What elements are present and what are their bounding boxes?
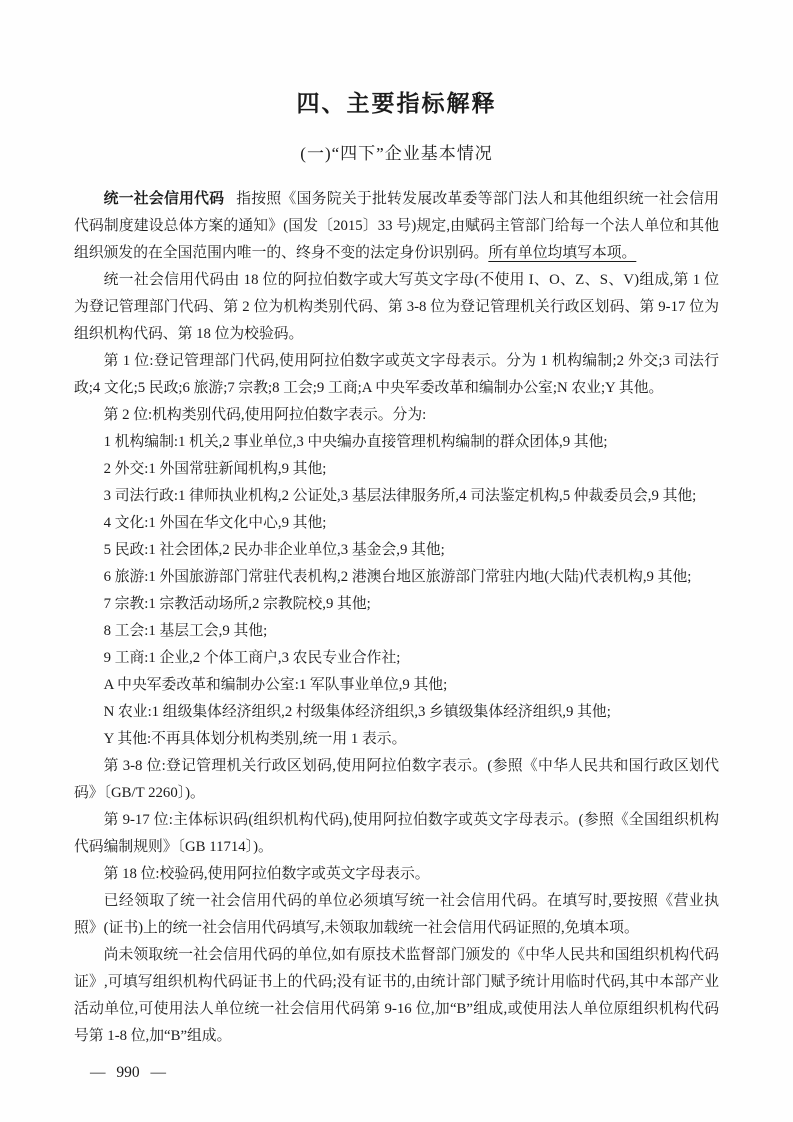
body-paragraph: 尚未领取统一社会信用代码的单位,如有原技术监督部门颁发的《中华人民共和国组织机构… bbox=[74, 942, 719, 1050]
body-paragraph: 8 工会:1 基层工会,9 其他; bbox=[74, 618, 719, 645]
body-paragraph: 3 司法行政:1 律师执业机构,2 公证处,3 基层法律服务所,4 司法鉴定机构… bbox=[74, 483, 719, 510]
body-paragraph: 7 宗教:1 宗教活动场所,2 宗教院校,9 其他; bbox=[74, 591, 719, 618]
body-paragraph: 2 外交:1 外国常驻新闻机构,9 其他; bbox=[74, 456, 719, 483]
body-paragraph: 6 旅游:1 外国旅游部门常驻代表机构,2 港澳台地区旅游部门常驻内地(大陆)代… bbox=[74, 564, 719, 591]
body-paragraph: 第 3-8 位:登记管理机关行政区划码,使用阿拉伯数字表示。(参照《中华人民共和… bbox=[74, 753, 719, 807]
body-paragraph: 第 18 位:校验码,使用阿拉伯数字或英文字母表示。 bbox=[74, 861, 719, 888]
document-body: 统一社会信用代码指按照《国务院关于批转发展改革委等部门法人和其他组织统一社会信用… bbox=[74, 186, 719, 1050]
lead-paragraph: 统一社会信用代码指按照《国务院关于批转发展改革委等部门法人和其他组织统一社会信用… bbox=[74, 186, 719, 267]
body-paragraph: 4 文化:1 外国在华文化中心,9 其他; bbox=[74, 510, 719, 537]
body-paragraph: A 中央军委改革和编制办公室:1 军队事业单位,9 其他; bbox=[74, 672, 719, 699]
body-paragraph: 已经领取了统一社会信用代码的单位必须填写统一社会信用代码。在填写时,要按照《营业… bbox=[74, 888, 719, 942]
body-paragraph: 1 机构编制:1 机关,2 事业单位,3 中央编办直接管理机构编制的群众团体,9… bbox=[74, 429, 719, 456]
section-heading: (一)“四下”企业基本情况 bbox=[0, 143, 793, 165]
document-page: 四、主要指标解释 (一)“四下”企业基本情况 统一社会信用代码指按照《国务院关于… bbox=[0, 0, 793, 1122]
body-paragraph: 9 工商:1 企业,2 个体工商户,3 农民专业合作社; bbox=[74, 645, 719, 672]
body-paragraph: 统一社会信用代码由 18 位的阿拉伯数字或大写英文字母(不使用 I、O、Z、S、… bbox=[74, 267, 719, 348]
body-paragraph: 第 1 位:登记管理部门代码,使用阿拉伯数字或英文字母表示。分为 1 机构编制;… bbox=[74, 348, 719, 402]
body-paragraph: 5 民政:1 社会团体,2 民办非企业单位,3 基金会,9 其他; bbox=[74, 537, 719, 564]
page-number: — 990 — bbox=[90, 1063, 793, 1083]
body-paragraph: 第 2 位:机构类别代码,使用阿拉伯数字表示。分为: bbox=[74, 402, 719, 429]
body-paragraph: N 农业:1 组级集体经济组织,2 村级集体经济组织,3 乡镇级集体经济组织,9… bbox=[74, 699, 719, 726]
page-title: 四、主要指标解释 bbox=[0, 0, 793, 118]
underlined-note: 所有单位均填写本项。 bbox=[488, 245, 636, 261]
body-paragraph: Y 其他:不再具体划分机构类别,统一用 1 表示。 bbox=[74, 726, 719, 753]
body-paragraph: 第 9-17 位:主体标识码(组织机构代码),使用阿拉伯数字或英文字母表示。(参… bbox=[74, 807, 719, 861]
term-label: 统一社会信用代码 bbox=[104, 191, 225, 207]
